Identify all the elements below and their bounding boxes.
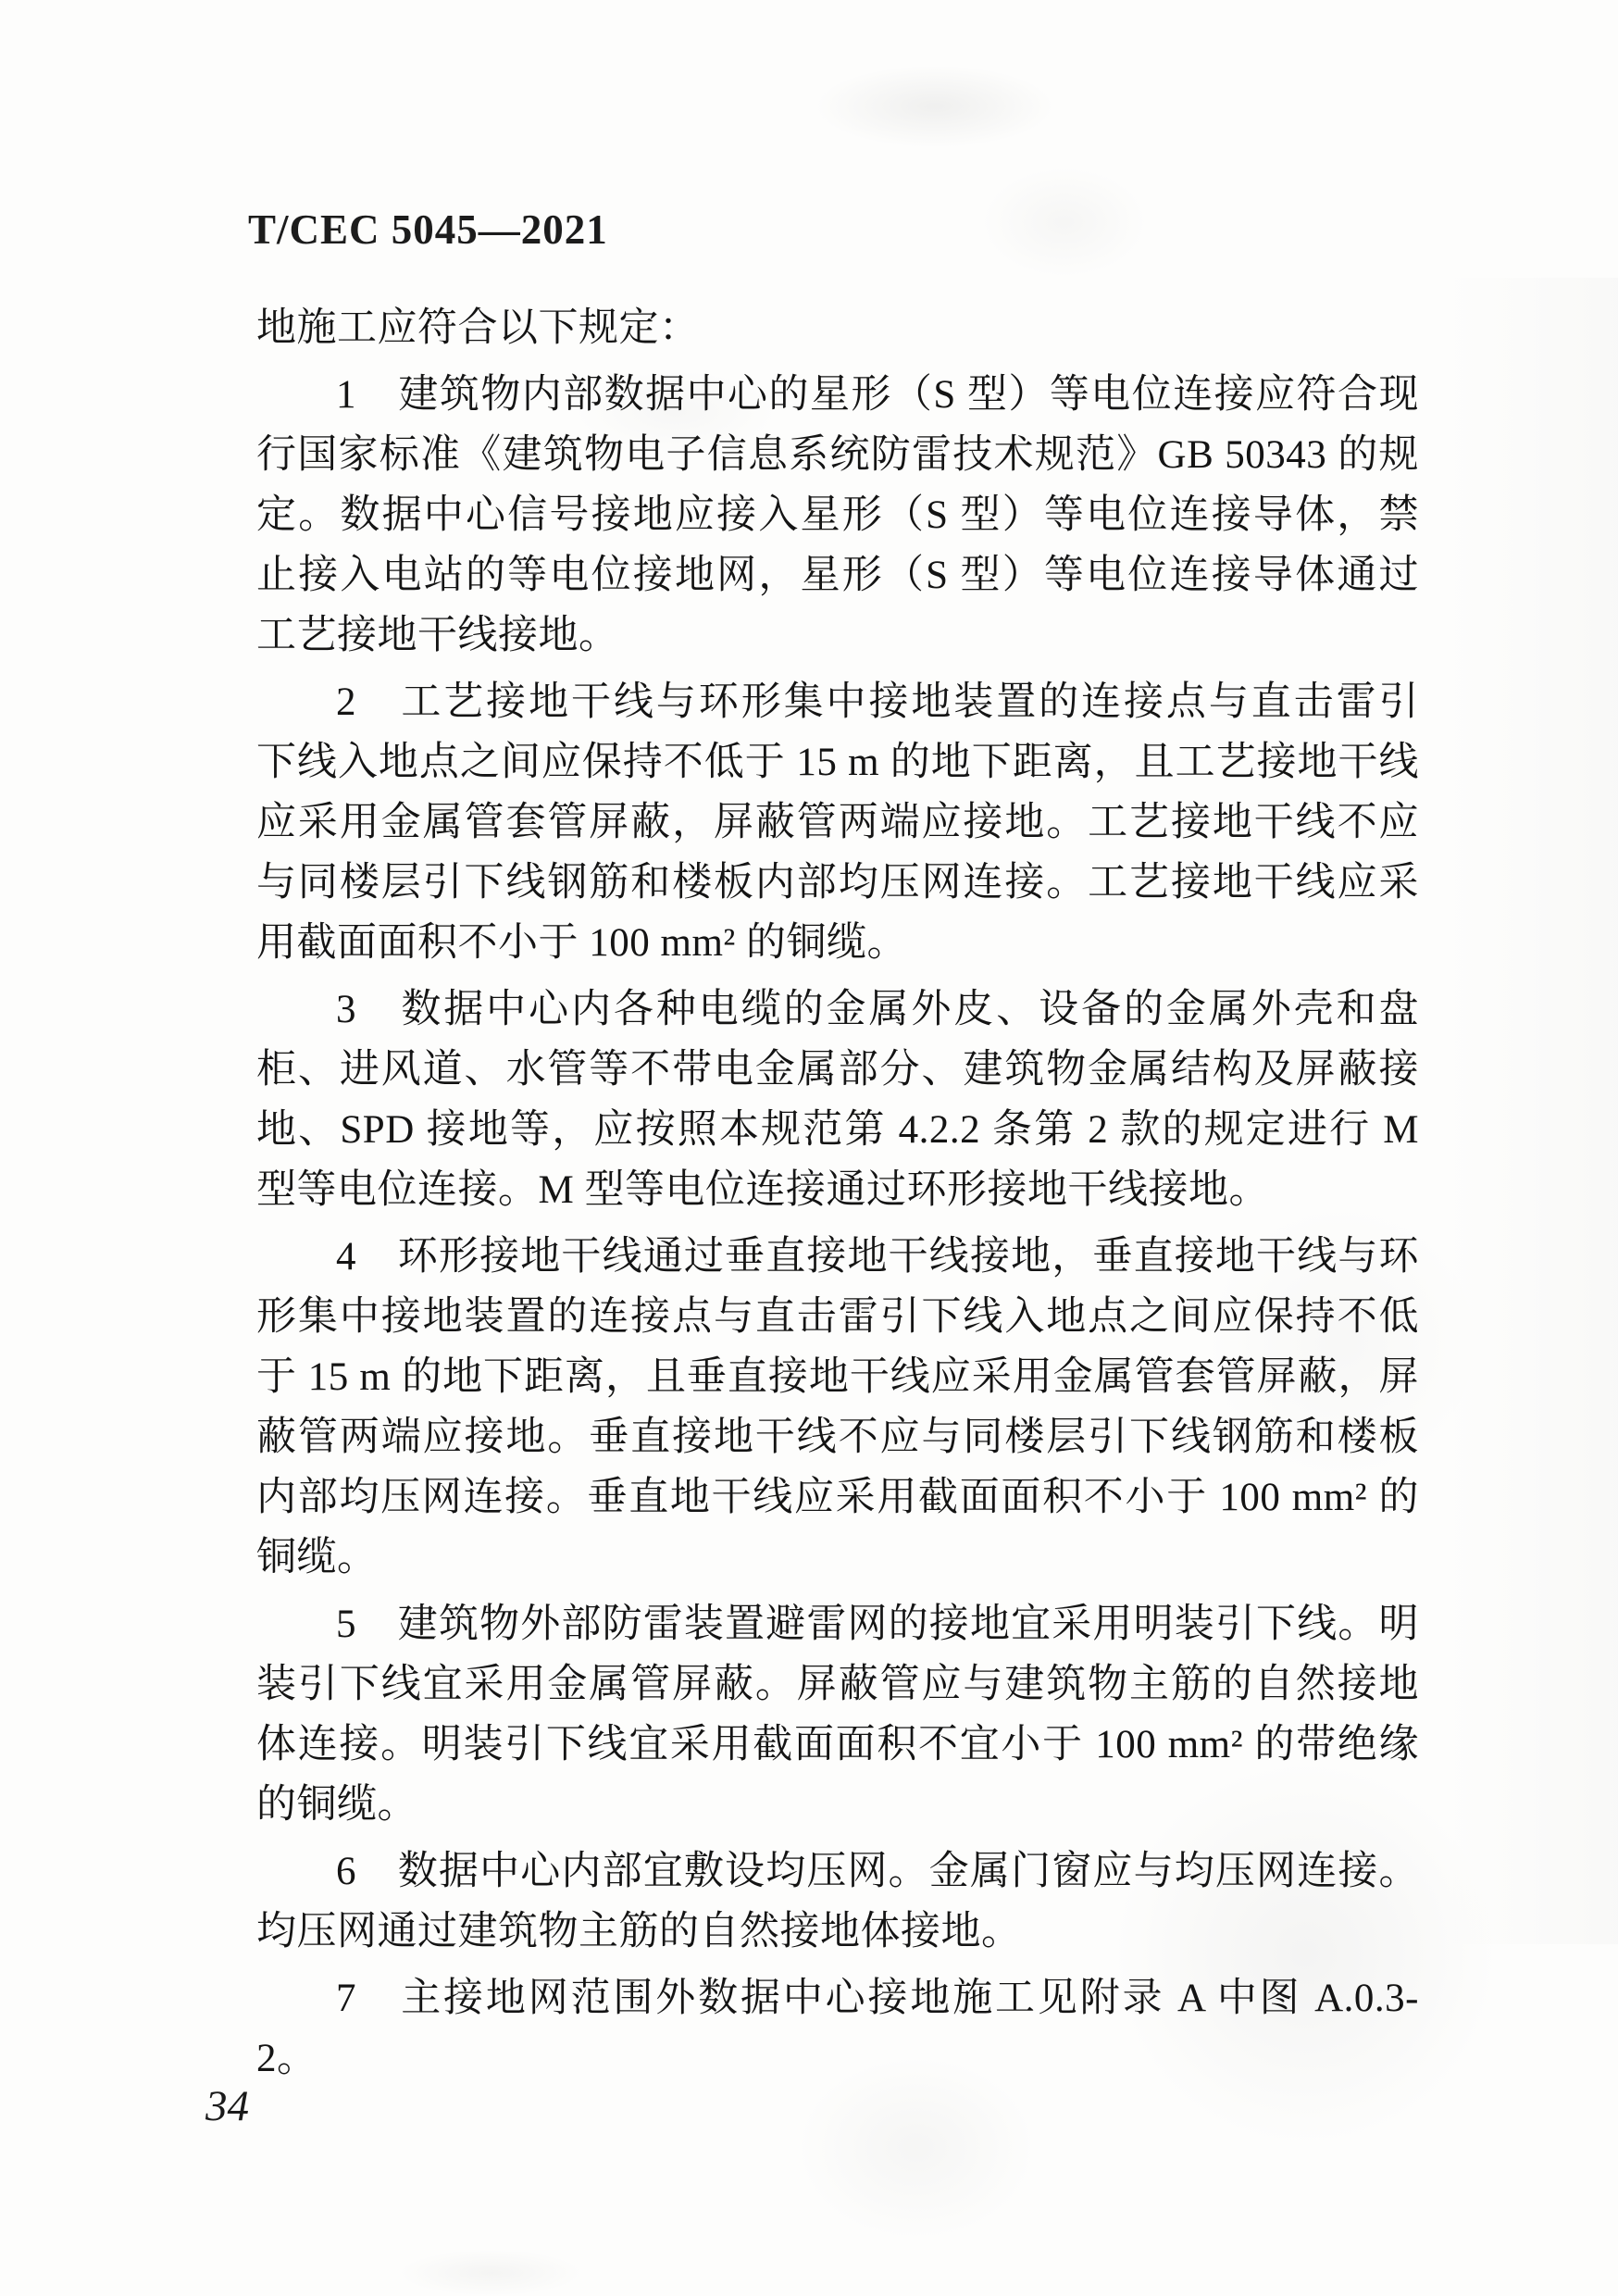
text-line: 与同楼层引下线钢筋和楼板内部均压网连接。工艺接地干线应采 — [256, 853, 1419, 913]
text-line: 铜缆。 — [256, 1528, 1419, 1588]
text-line: 柜、进风道、水管等不带电金属部分、建筑物金属结构及屏蔽接 — [256, 1040, 1419, 1100]
text-line: 用截面面积不小于 100 mm² 的铜缆。 — [256, 913, 1419, 973]
text-line: 4 环形接地干线通过垂直接地干线接地，垂直接地干线与环 — [256, 1227, 1419, 1287]
text-line: 3 数据中心内各种电缆的金属外皮、设备的金属外壳和盘 — [256, 980, 1419, 1040]
text-line: 工艺接地干线接地。 — [256, 605, 1419, 666]
text-line: 2 工艺接地干线与环形集中接地装置的连接点与直击雷引 — [256, 672, 1419, 732]
text-line: 7 主接地网范围外数据中心接地施工见附录 A 中图 A.0.3-2。 — [256, 1968, 1419, 2089]
text-line: 内部均压网连接。垂直地干线应采用截面面积不小于 100 mm² 的 — [256, 1467, 1419, 1528]
scan-smudge — [398, 2250, 583, 2296]
text-line: 均压网通过建筑物主筋的自然接地体接地。 — [256, 1902, 1419, 1962]
text-line: 地施工应符合以下规定： — [256, 298, 1419, 358]
text-line: 5 建筑物外部防雷装置避雷网的接地宜采用明装引下线。明 — [256, 1594, 1419, 1654]
text-line: 型等电位连接。M 型等电位连接通过环形接地干线接地。 — [256, 1160, 1419, 1220]
scanned-document-page: T/CEC 5045—2021 地施工应符合以下规定：1 建筑物内部数据中心的星… — [0, 0, 1618, 2296]
text-line: 于 15 m 的地下距离，且垂直接地干线应采用金属管套管屏蔽，屏 — [256, 1347, 1419, 1407]
text-line: 下线入地点之间应保持不低于 15 m 的地下距离，且工艺接地干线 — [256, 732, 1419, 792]
text-line: 6 数据中心内部宜敷设均压网。金属门窗应与均压网连接。 — [256, 1841, 1419, 1902]
text-block: 地施工应符合以下规定：1 建筑物内部数据中心的星形（S 型）等电位连接应符合现行… — [256, 298, 1419, 2089]
text-line: 1 建筑物内部数据中心的星形（S 型）等电位连接应符合现 — [256, 365, 1419, 425]
standard-number-header: T/CEC 5045—2021 — [248, 206, 608, 254]
text-line: 止接入电站的等电位接地网，星形（S 型）等电位连接导体通过 — [256, 545, 1419, 605]
text-line: 地、SPD 接地等，应按照本规范第 4.2.2 条第 2 款的规定进行 M — [256, 1100, 1419, 1160]
text-line: 装引下线宜采用金属管屏蔽。屏蔽管应与建筑物主筋的自然接地 — [256, 1654, 1419, 1715]
page-number: 34 — [205, 2081, 249, 2131]
scan-edge-shading — [1444, 278, 1618, 1944]
text-line: 应采用金属管套管屏蔽，屏蔽管两端应接地。工艺接地干线不应 — [256, 792, 1419, 853]
scan-smudge — [981, 167, 1148, 278]
text-line: 定。数据中心信号接地应接入星形（S 型）等电位连接导体，禁 — [256, 485, 1419, 545]
text-line: 行国家标准《建筑物电子信息系统防雷技术规范》GB 50343 的规 — [256, 425, 1419, 485]
text-line: 形集中接地装置的连接点与直击雷引下线入地点之间应保持不低 — [256, 1287, 1419, 1347]
scan-smudge — [815, 65, 1055, 148]
text-line: 体连接。明装引下线宜采用截面面积不宜小于 100 mm² 的带绝缘 — [256, 1715, 1419, 1775]
text-line: 的铜缆。 — [256, 1775, 1419, 1835]
text-line: 蔽管两端应接地。垂直接地干线不应与同楼层引下线钢筋和楼板 — [256, 1407, 1419, 1467]
